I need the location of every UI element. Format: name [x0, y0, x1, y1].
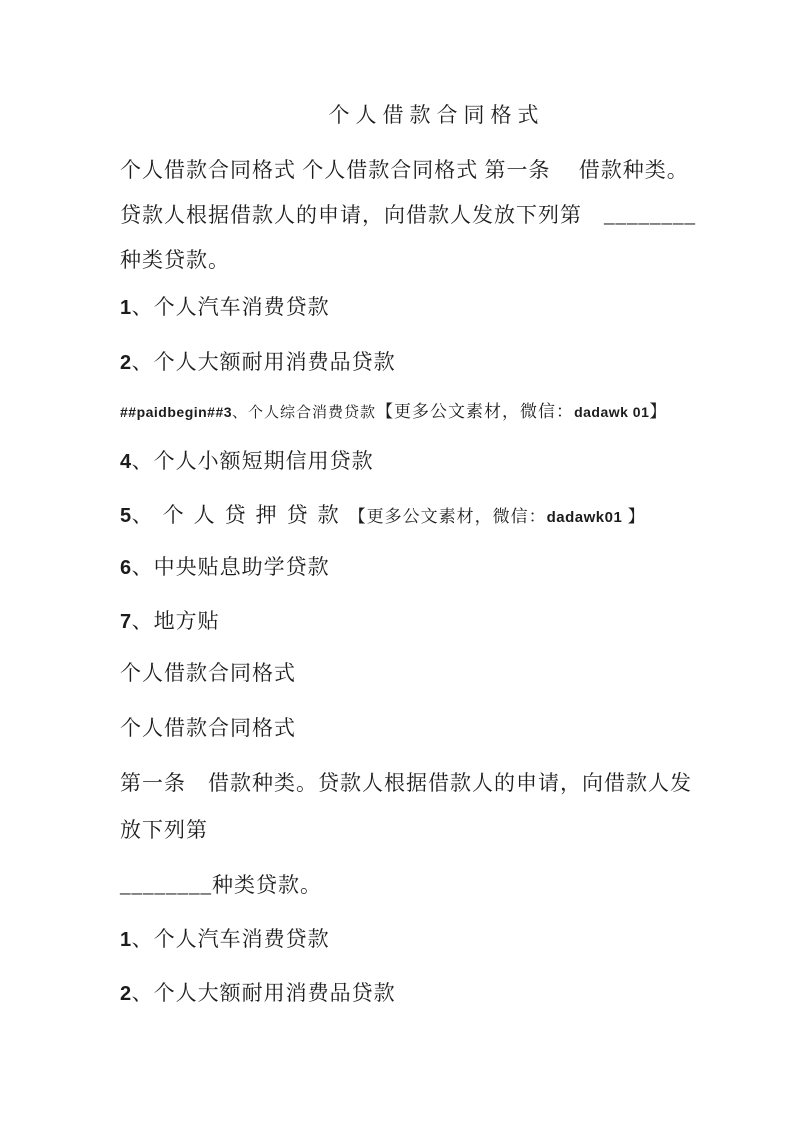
list-number: 6 [120, 557, 132, 579]
paragraph-2-line-1: 第一条 借款种类。贷款人根据借款人的申请，向借款人发 [120, 761, 692, 806]
list-number: 2 [120, 352, 132, 374]
list-number: 2 [120, 983, 132, 1005]
paragraph-2-line-2: 放下列第 [120, 808, 208, 853]
list-text: 、地方贴 [132, 609, 220, 633]
document-page: 个人借款合同格式 个人借款合同格式 个人借款合同格式 第一条 借款种类。 贷款人… [0, 0, 793, 1122]
list-item-4: 4、个人小额短期信用贷款 [120, 439, 374, 484]
blank-fill-line: ________种类贷款。 [120, 863, 322, 908]
document-title: 个人借款合同格式 [0, 93, 793, 138]
paid-begin-marker: ##paidbegin##3 [120, 404, 232, 420]
wechat-promo-text: 【更多公文素材，微信： [376, 402, 574, 421]
paragraph-1-line-2: 贷款人根据借款人的申请，向借款人发放下列第 ________ [120, 193, 696, 238]
list-text: 、个人小额短期信用贷款 [132, 449, 374, 473]
wechat-promo-text: 【更多公文素材，微信： [349, 507, 547, 526]
list-text: 、个人贷押贷款 [132, 503, 349, 527]
list-item-5: 5、个人贷押贷款【更多公文素材，微信：dadawk01 】 [120, 493, 646, 538]
list-text: 、个人大额耐用消费品贷款 [132, 350, 396, 374]
list-text: 、个人汽车消费贷款 [132, 295, 330, 319]
list-text: 、个人大额耐用消费品贷款 [132, 981, 396, 1005]
wechat-id: dadawk 01 [574, 404, 649, 420]
bracket-close: 】 [649, 402, 667, 421]
list-number: 5 [120, 505, 132, 527]
section-heading-repeat-1: 个人借款合同格式 [120, 651, 296, 696]
list-number: 1 [120, 929, 132, 951]
list-text: 、个人汽车消费贷款 [132, 927, 330, 951]
paragraph-1-line-1: 个人借款合同格式 个人借款合同格式 第一条 借款种类。 [120, 148, 689, 193]
list-text: 、个人综合消费贷款 [232, 405, 376, 421]
list-item-1: 1、个人汽车消费贷款 [120, 285, 330, 330]
list-item-6: 6、中央贴息助学贷款 [120, 545, 330, 590]
wechat-id: dadawk01 [547, 509, 623, 526]
list-item-2-repeat: 2、个人大额耐用消费品贷款 [120, 971, 396, 1016]
list-item-2: 2、个人大额耐用消费品贷款 [120, 340, 396, 385]
list-text: 、中央贴息助学贷款 [132, 555, 330, 579]
list-number: 7 [120, 611, 132, 633]
list-item-3-paid-marker: ##paidbegin##3、个人综合消费贷款【更多公文素材，微信：dadawk… [120, 388, 667, 433]
list-number: 1 [120, 297, 132, 319]
paragraph-1-line-3: 种类贷款。 [120, 238, 230, 283]
list-item-1-repeat: 1、个人汽车消费贷款 [120, 917, 330, 962]
list-number: 4 [120, 451, 132, 473]
section-heading-repeat-2: 个人借款合同格式 [120, 706, 296, 751]
bracket-close: 】 [622, 507, 645, 526]
list-item-7: 7、地方贴 [120, 599, 220, 644]
